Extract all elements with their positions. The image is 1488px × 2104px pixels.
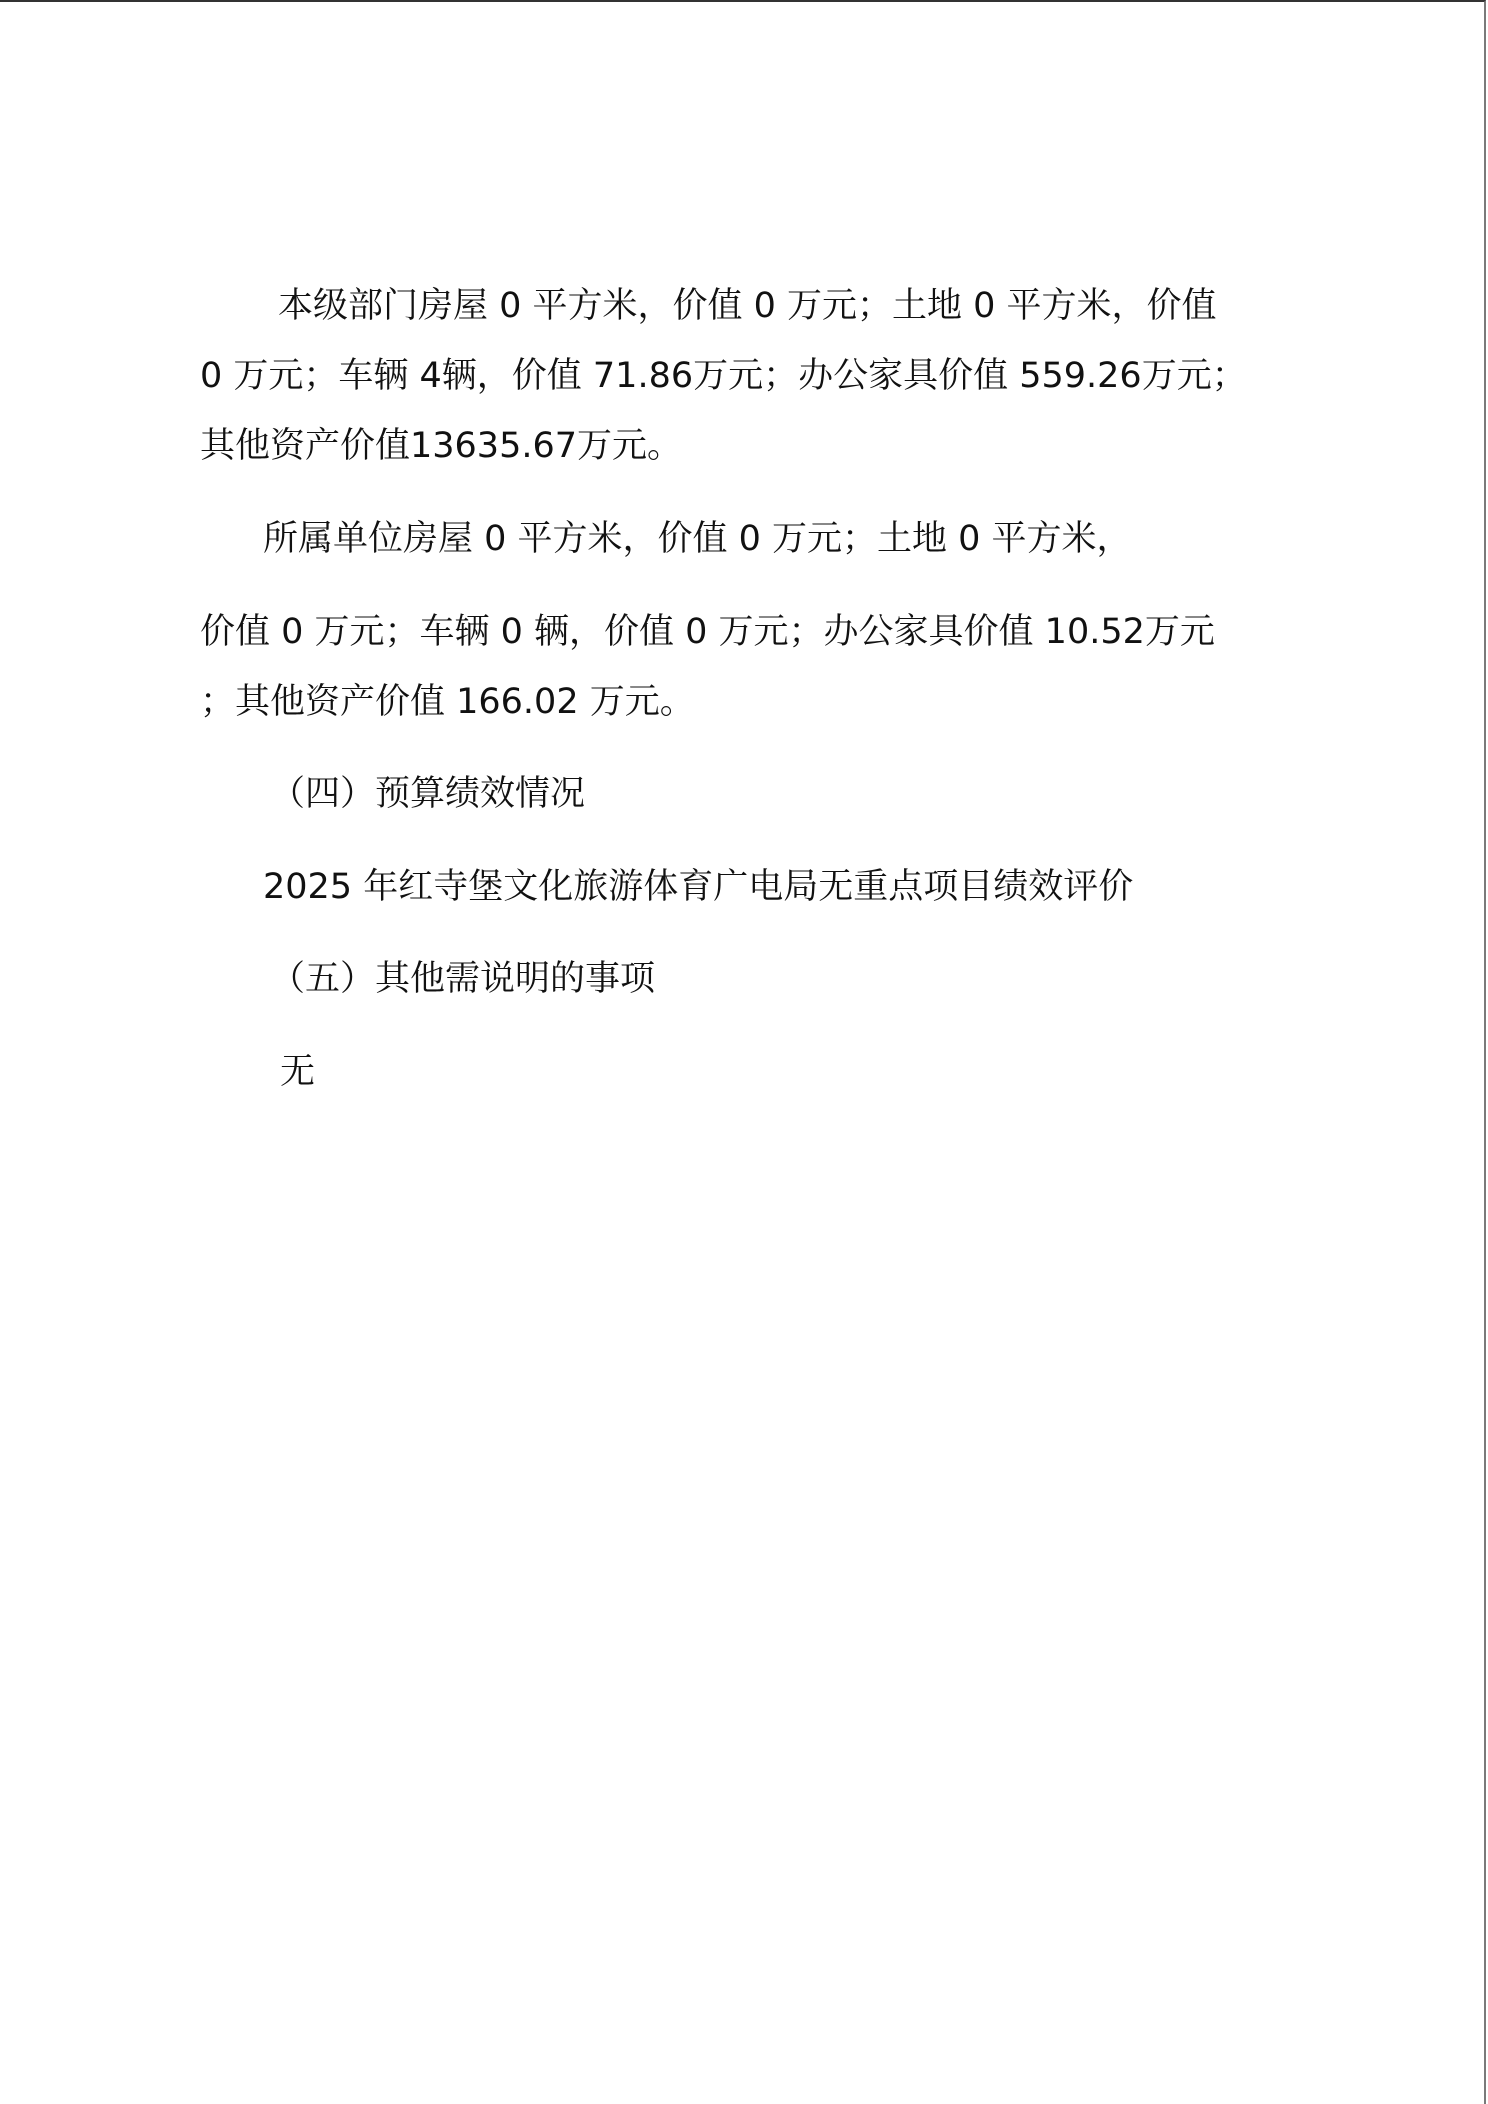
section-4-body: 2025 年红寺堡文化旅游体育广电局无重点项目绩效评价 bbox=[263, 865, 1133, 909]
paragraph-subunit-assets-line-3: ；其他资产价值 166.02 万元。 bbox=[200, 680, 695, 724]
paragraph-dept-assets-line-1: 本级部门房屋 0 平方米，价值 0 万元；土地 0 平方米，价值 bbox=[278, 284, 1217, 328]
paragraph-subunit-assets-line-1: 所属单位房屋 0 平方米，价值 0 万元；土地 0 平方米， bbox=[263, 517, 1132, 561]
paragraph-subunit-assets-line-2: 价值 0 万元；车辆 0 辆，价值 0 万元；办公家具价值 10.52万元 bbox=[200, 610, 1215, 654]
paragraph-dept-assets-line-3: 其他资产价值13635.67万元。 bbox=[200, 424, 682, 468]
document-page: 本级部门房屋 0 平方米，价值 0 万元；土地 0 平方米，价值 0 万元；车辆… bbox=[0, 0, 1486, 2104]
section-5-heading: （五）其他需说明的事项 bbox=[270, 957, 655, 1001]
paragraph-dept-assets-line-2: 0 万元；车辆 4辆，价值 71.86万元；办公家具价值 559.26万元； bbox=[200, 354, 1247, 398]
section-5-body: 无 bbox=[280, 1050, 315, 1094]
section-4-heading: （四）预算绩效情况 bbox=[270, 772, 585, 816]
